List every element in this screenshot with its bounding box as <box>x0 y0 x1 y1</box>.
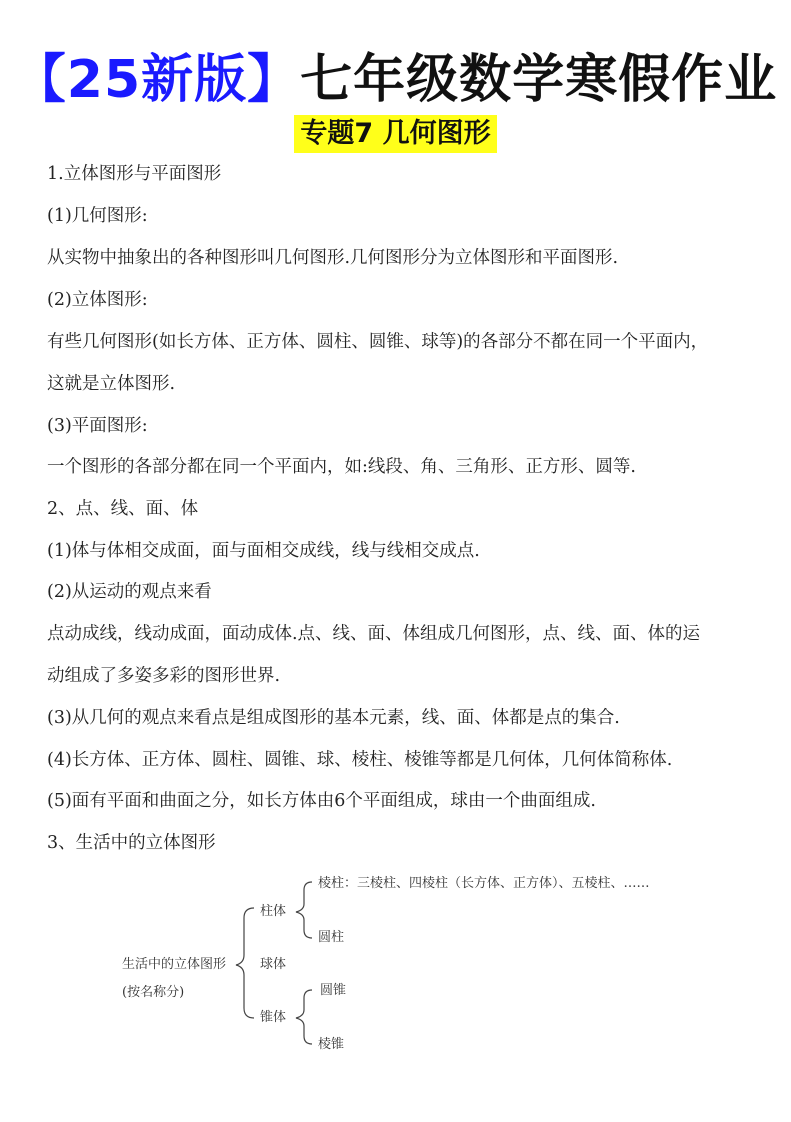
document-title: 【25新版】七年级数学寒假作业 <box>0 48 791 112</box>
paragraph: (3)从几何的观点来看点是组成图形的基本元素，线、面、体都是点的集合. <box>47 707 620 729</box>
paragraph: 点动成线，线动成面，面动成体.点、线、面、体组成几何图形，点、线、面、体的运 <box>47 623 700 645</box>
diagram-root-note: (按名称分) <box>122 985 184 1001</box>
branch-cone-pyramid: 锥体 <box>260 1010 286 1026</box>
section-heading: 1.立体图形与平面图形 <box>47 163 221 185</box>
paragraph: (1)体与体相交成面，面与面相交成线，线与线相交成点. <box>47 540 480 562</box>
leaf-cylinder: 圆柱 <box>318 930 344 946</box>
topic-subtitle: 专题7 几何图形 <box>294 115 496 153</box>
paragraph: (4)长方体、正方体、圆柱、圆锥、球、棱柱、棱锥等都是几何体，几何体简称体. <box>47 749 672 771</box>
paragraph: 有些几何图形(如长方体、正方体、圆柱、圆锥、球等)的各部分不都在同一个平面内， <box>47 331 708 353</box>
edition-tag: 【25新版】 <box>14 50 300 110</box>
paragraph: 从实物中抽象出的各种图形叫几何图形.几何图形分为立体图形和平面图形. <box>47 247 618 269</box>
paragraph: 这就是立体图形. <box>47 373 175 395</box>
paragraph: 动组成了多姿多彩的图形世界. <box>47 665 280 687</box>
paragraph: (5)面有平面和曲面之分，如长方体由6个平面组成，球由一个曲面组成. <box>47 790 596 812</box>
section-heading: 2、点、线、面、体 <box>47 498 198 520</box>
leaf-pyramid: 棱锥 <box>318 1037 344 1053</box>
subheading: (3)平面图形: <box>47 415 148 437</box>
branch-prism-cylinder: 柱体 <box>260 904 286 920</box>
branch-sphere: 球体 <box>260 957 286 973</box>
diagram-root: 生活中的立体图形 <box>122 957 226 973</box>
subheading: (2)立体图形: <box>47 289 148 311</box>
leaf-cone: 圆锥 <box>320 983 346 999</box>
paragraph: 一个图形的各部分都在同一个平面内，如:线段、角、三角形、正方形、圆等. <box>47 456 636 478</box>
subheading: (2)从运动的观点来看 <box>47 581 212 603</box>
title-text: 七年级数学寒假作业 <box>300 50 777 110</box>
subheading: (1)几何图形: <box>47 205 148 227</box>
section-heading: 3、生活中的立体图形 <box>47 832 216 854</box>
subtitle-container: 专题7 几何图形 <box>0 115 791 153</box>
leaf-prisms: 棱柱：三棱柱、四棱柱（长方体、正方体）、五棱柱、…… <box>318 876 650 892</box>
